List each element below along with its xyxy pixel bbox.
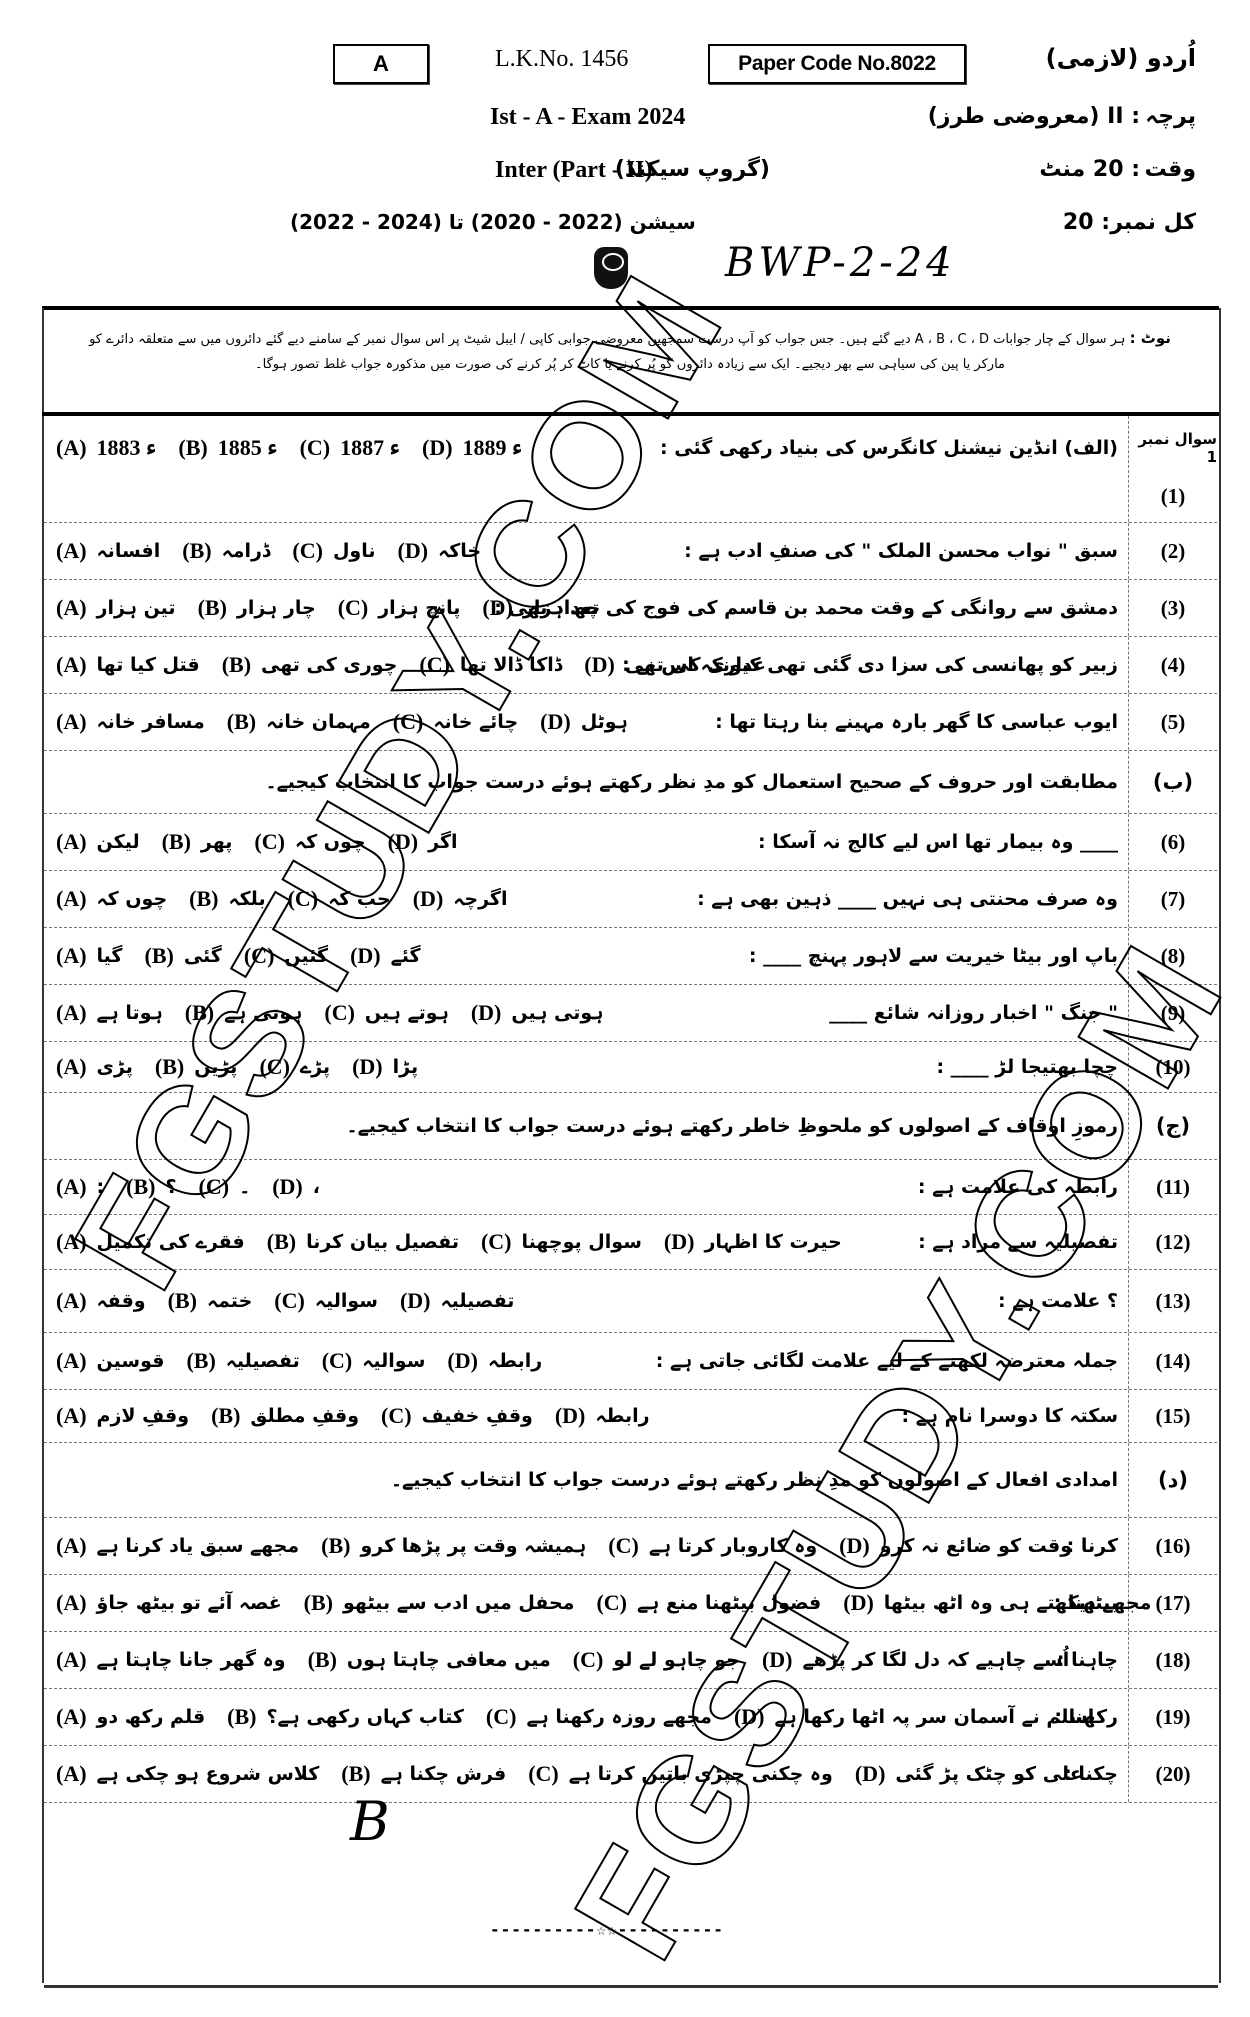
answer-option: وہ کاروبار کرتا ہے(C) <box>608 1533 817 1559</box>
time-label: وقت <box>1145 157 1196 182</box>
answer-options: اُسے چاہیے کہ دل لگا کر پڑھے(D)جو چاہو ل… <box>56 1647 1069 1673</box>
option-key: (C) <box>274 1288 305 1314</box>
option-key: (C) <box>596 1590 627 1616</box>
option-key: (D) <box>482 595 513 621</box>
question-number-text: (5) <box>1161 710 1186 735</box>
answer-option: پڑے(C) <box>259 1054 330 1080</box>
answer-option: تفصیلیہ(B) <box>186 1348 299 1374</box>
answer-option: چائے خانہ(C) <box>393 709 518 735</box>
option-key: (D) <box>398 538 429 564</box>
answer-options: اگرچہ(D)جب کہ(C)بلکہ(B)چوں کہ(A) <box>56 886 508 912</box>
question-row: (13)؟ علامت ہے :تفصیلیہ(D)سوالیہ(C)ختمہ(… <box>44 1270 1217 1333</box>
marks-value: : 20 <box>1063 210 1110 235</box>
answer-option: ڈاکا ڈالا تھا(C) <box>419 652 562 678</box>
option-text: رابطہ <box>488 1350 542 1372</box>
option-key: (A) <box>56 709 87 735</box>
option-text: بلکہ <box>229 888 266 910</box>
question-number: (12) <box>1128 1215 1217 1269</box>
answer-option: وقفہ(A) <box>56 1288 146 1314</box>
question-prompt: جملہ معترضہ لکھنے کے لیے علامت لگائی جات… <box>656 1350 1118 1372</box>
option-text: ڈاکا ڈالا تھا <box>460 654 562 676</box>
question-number-text: (2) <box>1161 539 1186 564</box>
option-text: محفل میں ادب سے بیٹھو <box>343 1592 574 1614</box>
answer-option: ڈرامہ(B) <box>182 538 270 564</box>
option-key: (A) <box>56 652 87 678</box>
option-text: وقت کو ضائع نہ کرو <box>880 1535 1072 1557</box>
option-key: (D) <box>843 1590 874 1616</box>
option-text: سوالیہ <box>315 1290 378 1312</box>
answer-option: پھر(B) <box>162 829 233 855</box>
answer-options: غداری کی تھی(D)ڈاکا ڈالا تھا(C)چوری کی ت… <box>56 652 766 678</box>
option-text: مجھے روزہ رکھنا ہے <box>526 1706 711 1728</box>
question-number: (20) <box>1128 1746 1217 1802</box>
answer-option: تین ہزار(A) <box>56 595 176 621</box>
answer-options: پڑا(D)پڑے(C)پڑیں(B)پڑی(A) <box>56 1054 418 1080</box>
option-text: ، <box>313 1176 320 1198</box>
option-text: 1885 ء <box>218 435 278 461</box>
answer-options: اسلم نے آسمان سر پہ اٹھا رکھا ہے(D)مجھے … <box>56 1704 1094 1730</box>
option-key: (C) <box>608 1533 639 1559</box>
option-key: (C) <box>322 1348 353 1374</box>
option-text: وہ چکنی چپڑی باتیں کرتا ہے <box>569 1763 833 1785</box>
option-key: (D) <box>540 709 571 735</box>
answer-option: گئے(D) <box>350 943 421 969</box>
question-number-text: (د) <box>1158 1468 1188 1492</box>
examiner-initial: B <box>350 1790 390 1853</box>
option-key: (B) <box>185 1000 214 1026</box>
option-key: (D) <box>272 1174 303 1200</box>
option-text: کلاس شروع ہو چکی ہے <box>97 1763 320 1785</box>
question-row: (10)چچا بھتیجا لڑ ____ :پڑا(D)پڑے(C)پڑیں… <box>44 1042 1217 1093</box>
option-text: ہمیشہ وقت پر پڑھا کرو <box>360 1535 586 1557</box>
note-line-2: مارکر یا پین کی سیاہی سے بھر دیجیے۔ ایک … <box>50 352 1210 377</box>
answer-option: پڑیں(B) <box>155 1054 238 1080</box>
question-row: (12)تفصیلیہ سے مراد ہے :حیرت کا اظہار(D)… <box>44 1215 1217 1270</box>
option-key: (D) <box>388 829 419 855</box>
answer-option: میں معافی چاہتا ہوں(B) <box>308 1647 551 1673</box>
answer-option: ہوتی ہیں(D) <box>471 1000 604 1026</box>
question-row: (5)ایوب عباسی کا گھر بارہ مہینے بنا رہتا… <box>44 694 1217 751</box>
option-text: وقفہ <box>97 1290 146 1312</box>
note-label: نوٹ : <box>1130 329 1171 347</box>
answer-option: اگرچہ(D) <box>413 886 508 912</box>
question-number-text: (11) <box>1156 1175 1190 1200</box>
option-key: (C) <box>528 1761 559 1787</box>
option-key: (B) <box>341 1761 370 1787</box>
answer-option: ہوٹل(D) <box>540 709 628 735</box>
option-text: حیرت کا اظہار <box>704 1231 841 1253</box>
option-text: سوالیہ <box>362 1350 425 1372</box>
question-prompt: " جنگ " اخبار روزانہ شائع ____ <box>829 1002 1118 1024</box>
answer-option: غداری کی تھی(D) <box>584 652 766 678</box>
question-number-text: (12) <box>1156 1230 1191 1255</box>
question-number: (10) <box>1128 1042 1217 1092</box>
option-text: غصہ آئے تو بیٹھ جاؤ <box>97 1592 282 1614</box>
option-key: (A) <box>56 1054 87 1080</box>
answer-option: مجھے سبق یاد کرنا ہے(A) <box>56 1533 299 1559</box>
option-text: وہ گھر جانا چاہتا ہے <box>97 1649 286 1671</box>
option-text: تفصیلیہ <box>441 1290 515 1312</box>
option-key: (B) <box>211 1403 240 1429</box>
option-text: اگرچہ <box>453 888 507 910</box>
paper-value: : II (معروضی طرز) <box>928 104 1140 129</box>
answer-options: اگر(D)چوں کہ(C)پھر(B)لیکن(A) <box>56 829 458 855</box>
option-text: اسلم نے آسمان سر پہ اٹھا رکھا ہے <box>775 1706 1095 1728</box>
answer-option: 1885 ء(B) <box>178 435 277 461</box>
answer-option: ہوتا ہے(A) <box>56 1000 163 1026</box>
option-key: (B) <box>222 652 251 678</box>
question-label: سوال نمبر 1 <box>1129 430 1217 466</box>
answer-option: اُسے چاہیے کہ دل لگا کر پڑھے(D) <box>762 1647 1069 1673</box>
option-text: چوں کہ <box>97 888 168 910</box>
option-text: چار ہزار <box>237 597 316 619</box>
question-number: (6) <box>1128 814 1217 870</box>
answer-options: ،(D)۔(C)؟(B):(A) <box>56 1174 320 1200</box>
answer-option: چھ ہزار(D) <box>482 595 600 621</box>
question-number-text: (ج) <box>1156 1114 1190 1138</box>
question-row: (17)بیٹھنا :مجھے دیکھتے ہی وہ اٹھ بیٹھا(… <box>44 1575 1217 1632</box>
option-text: فرش چکنا ہے <box>381 1763 507 1785</box>
option-text: غداری کی تھی <box>625 654 766 676</box>
answer-option: 1887 ء(C) <box>300 435 400 461</box>
section-instruction: امدادی افعال کے اصولوں کو مدِ نظر رکھتے … <box>244 1462 1118 1498</box>
answer-option: کتاب کہاں رکھی ہے؟(B) <box>227 1704 464 1730</box>
question-row: (15)سکتہ کا دوسرا نام ہے :رابطہ(D)وقفِ خ… <box>44 1390 1217 1443</box>
answer-options: وقت کو ضائع نہ کرو(D)وہ کاروبار کرتا ہے(… <box>56 1533 1072 1559</box>
option-key: (B) <box>304 1590 333 1616</box>
option-text: پھر <box>201 831 233 853</box>
question-prompt: (الف) انڈین نیشنل کانگرس کی بنیاد رکھی گ… <box>660 437 1118 459</box>
question-number-text: (10) <box>1156 1055 1191 1080</box>
question-number-text: (14) <box>1156 1349 1191 1374</box>
option-key: (C) <box>324 1000 355 1026</box>
answer-option: جو چاہو لے لو(C) <box>573 1647 740 1673</box>
option-text: ہوتا ہے <box>97 1002 163 1024</box>
answer-option: پانچ ہزار(C) <box>338 595 461 621</box>
option-text: قلم رکھ دو <box>97 1706 206 1728</box>
question-number-text: (1) <box>1161 484 1186 509</box>
question-number: (8) <box>1128 928 1217 984</box>
answer-option: ،(D) <box>272 1174 320 1200</box>
section-instruction: مطابقت اور حروف کے صحیح استعمال کو مدِ ن… <box>244 764 1118 800</box>
option-text: تفصیلیہ <box>226 1350 300 1372</box>
answer-option: ہمیشہ وقت پر پڑھا کرو(B) <box>321 1533 586 1559</box>
option-text: تین ہزار <box>97 597 176 619</box>
option-text: گیا <box>97 945 123 967</box>
option-key: (D) <box>447 1348 478 1374</box>
option-key: (B) <box>186 1348 215 1374</box>
option-key: (B) <box>182 538 211 564</box>
option-text: ہوتی ہے <box>224 1002 302 1024</box>
option-text: وقفِ مطلق <box>250 1405 359 1427</box>
answer-option: ہوتے ہیں(C) <box>324 1000 448 1026</box>
question-number: (16) <box>1128 1518 1217 1574</box>
question-row: (14)جملہ معترضہ لکھنے کے لیے علامت لگائی… <box>44 1333 1217 1390</box>
answer-option: پڑا(D) <box>352 1054 418 1080</box>
option-key: (C) <box>244 943 275 969</box>
answer-option: فقرے کی تکمیل(A) <box>56 1229 245 1255</box>
question-prompt: چچا بھتیجا لڑ ____ : <box>936 1056 1118 1078</box>
option-key: (D) <box>350 943 381 969</box>
answer-option: رابطہ(D) <box>447 1348 542 1374</box>
option-key: (B) <box>168 1288 197 1314</box>
option-key: (C) <box>419 652 450 678</box>
option-text: وقفِ لازم <box>97 1405 190 1427</box>
option-text: ہوتی ہیں <box>511 1002 603 1024</box>
question-number: (14) <box>1128 1333 1217 1389</box>
option-text: چائے خانہ <box>433 711 518 733</box>
question-row: (8)باپ اور بیٹا خیریت سے لاہور پہنچ ____… <box>44 928 1217 985</box>
answer-option: :(A) <box>56 1174 104 1200</box>
answer-option: غصہ آئے تو بیٹھ جاؤ(A) <box>56 1590 282 1616</box>
question-row: (2)سبق " نواب محسن الملک " کی صنفِ ادب ہ… <box>44 523 1217 580</box>
question-number: (2) <box>1128 523 1217 579</box>
question-number-text: (16) <box>1156 1534 1191 1559</box>
question-prompt: باپ اور بیٹا خیریت سے لاہور پہنچ ____ : <box>749 945 1118 967</box>
answer-option: چار ہزار(B) <box>198 595 316 621</box>
answer-option: فضول بیٹھنا منع ہے(C) <box>596 1590 821 1616</box>
option-text: قوسین <box>97 1350 165 1372</box>
section-heading-row: (ب)مطابقت اور حروف کے صحیح استعمال کو مد… <box>44 751 1217 814</box>
answer-option: تفصیل بیان کرنا(B) <box>267 1229 459 1255</box>
lk-number: L.K.No. 1456 <box>495 46 628 73</box>
question-row: سوال نمبر 1(1)(الف) انڈین نیشنل کانگرس ک… <box>44 416 1217 523</box>
answer-option: رابطہ(D) <box>555 1403 650 1429</box>
question-number: (5) <box>1128 694 1217 750</box>
question-prompt: وہ صرف محنتی ہی نہیں ____ ذہین بھی ہے : <box>697 888 1118 910</box>
answer-options: ہوٹل(D)چائے خانہ(C)مہمان خانہ(B)مسافر خا… <box>56 709 628 735</box>
answer-option: کلاس شروع ہو چکی ہے(A) <box>56 1761 319 1787</box>
option-text: ہوتے ہیں <box>365 1002 449 1024</box>
answer-option: ختمہ(B) <box>168 1288 253 1314</box>
section-heading-row: (د)امدادی افعال کے اصولوں کو مدِ نظر رکھ… <box>44 1443 1217 1518</box>
option-key: (A) <box>56 1348 87 1374</box>
answer-option: سوالیہ(C) <box>322 1348 426 1374</box>
question-number-text: (8) <box>1161 944 1186 969</box>
answer-option: علی کو چٹک پڑ گئی(D) <box>855 1761 1083 1787</box>
answer-option: خاکہ(D) <box>398 538 482 564</box>
option-text: فضول بیٹھنا منع ہے <box>637 1592 821 1614</box>
answer-option: افسانہ(A) <box>56 538 160 564</box>
option-text: لیکن <box>97 831 140 853</box>
option-key: (C) <box>393 709 424 735</box>
answer-option: وقفِ لازم(A) <box>56 1403 189 1429</box>
answer-option: پڑی(A) <box>56 1054 133 1080</box>
option-key: (C) <box>486 1704 517 1730</box>
option-key: (A) <box>56 1229 87 1255</box>
option-key: (D) <box>664 1229 695 1255</box>
option-key: (B) <box>162 829 191 855</box>
answer-option: فرش چکنا ہے(B) <box>341 1761 506 1787</box>
answer-option: حیرت کا اظہار(D) <box>664 1229 842 1255</box>
question-row: (16)کرنا :وقت کو ضائع نہ کرو(D)وہ کاروبا… <box>44 1518 1217 1575</box>
option-key: (C) <box>259 1054 290 1080</box>
option-key: (B) <box>321 1533 350 1559</box>
answer-options: ہوتی ہیں(D)ہوتے ہیں(C)ہوتی ہے(B)ہوتا ہے(… <box>56 1000 603 1026</box>
option-text: وہ کاروبار کرتا ہے <box>649 1535 817 1557</box>
option-key: (B) <box>189 886 218 912</box>
answer-option: اگر(D) <box>388 829 458 855</box>
question-prompt: تفصیلیہ سے مراد ہے : <box>918 1231 1118 1253</box>
option-key: (B) <box>227 1704 256 1730</box>
option-key: (D) <box>734 1704 765 1730</box>
time-value: : 20 منٹ <box>1039 157 1140 182</box>
answer-option: قتل کیا تھا(A) <box>56 652 200 678</box>
option-key: (C) <box>573 1647 604 1673</box>
answer-option: سوال پوچھنا(C) <box>481 1229 642 1255</box>
option-key: (D) <box>352 1054 383 1080</box>
answer-options: گئے(D)گئیں(C)گئی(B)گیا(A) <box>56 943 421 969</box>
option-text: چھ ہزار <box>523 597 600 619</box>
answer-option: مہمان خانہ(B) <box>227 709 371 735</box>
option-text: جو چاہو لے لو <box>613 1649 740 1671</box>
answer-option: وہ چکنی چپڑی باتیں کرتا ہے(C) <box>528 1761 833 1787</box>
option-text: مجھے دیکھتے ہی وہ اٹھ بیٹھا <box>884 1592 1152 1614</box>
question-prompt: ____ وہ بیمار تھا اس لیے کالج نہ آسکا : <box>758 831 1118 853</box>
answer-option: گئیں(C) <box>244 943 328 969</box>
answer-option: اسلم نے آسمان سر پہ اٹھا رکھا ہے(D) <box>734 1704 1094 1730</box>
option-key: (A) <box>56 829 87 855</box>
option-key: (A) <box>56 1000 87 1026</box>
section-instruction: رموزِ اوقاف کے اصولوں کو ملحوظِ خاطر رکھ… <box>244 1108 1118 1144</box>
option-key: (D) <box>400 1288 431 1314</box>
answer-option: مسافر خانہ(A) <box>56 709 205 735</box>
answer-option: ؟(B) <box>126 1174 176 1200</box>
question-number-text: (15) <box>1156 1404 1191 1429</box>
option-text: پانچ ہزار <box>378 597 460 619</box>
option-key: (B) <box>126 1174 155 1200</box>
subject-title: اُردو (لازمی) <box>1046 44 1196 72</box>
question-number-text: (3) <box>1161 596 1186 621</box>
option-text: اگر <box>428 831 457 853</box>
option-key: (B) <box>308 1647 337 1673</box>
option-text: اُسے چاہیے کہ دل لگا کر پڑھے <box>803 1649 1070 1671</box>
frame-bottom-rule <box>44 1985 1218 1988</box>
option-text: خاکہ <box>438 540 481 562</box>
section-heading-row: (ج)رموزِ اوقاف کے اصولوں کو ملحوظِ خاطر … <box>44 1093 1217 1160</box>
option-text: ختمہ <box>207 1290 252 1312</box>
answer-options: خاکہ(D)ناول(C)ڈرامہ(B)افسانہ(A) <box>56 538 481 564</box>
paper-label: پرچہ <box>1145 104 1196 129</box>
question-row: (11)رابطہ کی علامت ہے :،(D)۔(C)؟(B):(A) <box>44 1160 1217 1215</box>
option-key: (B) <box>198 595 227 621</box>
option-key: (B) <box>155 1054 184 1080</box>
option-text: ڈرامہ <box>222 540 271 562</box>
note-line-1: ہر سوال کے چار جوابات A ، B ، C ، D دیے … <box>89 332 1125 347</box>
answer-option: سوالیہ(C) <box>274 1288 378 1314</box>
option-text: مہمان خانہ <box>266 711 371 733</box>
answer-options: رابطہ(D)وقفِ خفیف(C)وقفِ مطلق(B)وقفِ لاز… <box>56 1403 650 1429</box>
option-key: (A) <box>56 1590 87 1616</box>
option-key: (A) <box>56 1174 87 1200</box>
option-text: میں معافی چاہتا ہوں <box>347 1649 551 1671</box>
option-text: علی کو چٹک پڑ گئی <box>895 1763 1082 1785</box>
option-text: تفصیل بیان کرنا <box>306 1231 459 1253</box>
option-text: گئے <box>391 945 421 967</box>
option-key: (D) <box>855 1761 886 1787</box>
question-prompt: سبق " نواب محسن الملک " کی صنفِ ادب ہے : <box>684 540 1118 562</box>
option-text: چوری کی تھی <box>261 654 397 676</box>
answer-option: ہوتی ہے(B) <box>185 1000 303 1026</box>
option-key: (C) <box>300 435 331 461</box>
option-key: (D) <box>471 1000 502 1026</box>
option-text: قتل کیا تھا <box>97 654 200 676</box>
question-row: (6)____ وہ بیمار تھا اس لیے کالج نہ آسکا… <box>44 814 1217 871</box>
option-text: فقرے کی تکمیل <box>97 1231 245 1253</box>
option-key: (C) <box>254 829 285 855</box>
question-number: (18) <box>1128 1632 1217 1688</box>
option-text: پڑیں <box>194 1056 237 1078</box>
answer-option: 1889 ء(D) <box>422 435 522 461</box>
option-key: (A) <box>56 1533 87 1559</box>
option-key: (A) <box>56 1704 87 1730</box>
group-label: (گروپ سیکنڈ) <box>615 157 770 182</box>
answer-option: وہ گھر جانا چاہتا ہے(A) <box>56 1647 286 1673</box>
option-text: کتاب کہاں رکھی ہے؟ <box>266 1706 463 1728</box>
answer-option: 1883 ء(A) <box>56 435 156 461</box>
option-key: (C) <box>199 1174 230 1200</box>
exam-title: Ist - A - Exam 2024 <box>490 104 685 131</box>
question-number-text: (19) <box>1156 1705 1191 1730</box>
answer-option: قلم رکھ دو(A) <box>56 1704 205 1730</box>
option-key: (C) <box>288 886 319 912</box>
question-prompt: ؟ علامت ہے : <box>998 1290 1118 1312</box>
question-number: سوال نمبر 1(1) <box>1128 416 1217 522</box>
option-key: (B) <box>227 709 256 735</box>
question-row: (20)چکنا :علی کو چٹک پڑ گئی(D)وہ چکنی چپ… <box>44 1746 1217 1803</box>
answer-option: لیکن(A) <box>56 829 140 855</box>
question-number: (ج) <box>1128 1093 1217 1159</box>
option-key: (B) <box>145 943 174 969</box>
handwritten-code: BWP-2-24 <box>725 240 956 286</box>
question-number-text: (6) <box>1161 830 1186 855</box>
option-text: گئیں <box>284 945 328 967</box>
option-text: افسانہ <box>97 540 161 562</box>
answer-options: حیرت کا اظہار(D)سوال پوچھنا(C)تفصیل بیان… <box>56 1229 842 1255</box>
option-key: (A) <box>56 886 87 912</box>
option-key: (C) <box>292 538 323 564</box>
paper-variant-box: A <box>333 44 429 84</box>
option-key: (C) <box>338 595 369 621</box>
answer-option: چوری کی تھی(B) <box>222 652 398 678</box>
question-number-text: (13) <box>1156 1289 1191 1314</box>
question-number-text: (ب) <box>1153 770 1193 794</box>
question-row: (19)رکھنا :اسلم نے آسمان سر پہ اٹھا رکھا… <box>44 1689 1217 1746</box>
question-number: (4) <box>1128 637 1217 693</box>
option-key: (C) <box>481 1229 512 1255</box>
option-text: چوں کہ <box>295 831 366 853</box>
option-text: مجھے سبق یاد کرنا ہے <box>97 1535 300 1557</box>
question-number: (11) <box>1128 1160 1217 1214</box>
question-row: (3)دمشق سے روانگی کے وقت محمد بن قاسم کی… <box>44 580 1217 637</box>
answer-option: گئی(B) <box>145 943 222 969</box>
marks-label: کل نمبر <box>1110 210 1196 235</box>
instruction-note: نوٹ : ہر سوال کے چار جوابات A ، B ، C ، … <box>50 326 1210 377</box>
answer-option: مجھے روزہ رکھنا ہے(C) <box>486 1704 712 1730</box>
question-number: (3) <box>1128 580 1217 636</box>
option-text: 1889 ء <box>463 435 523 461</box>
option-text: ۔ <box>239 1176 250 1198</box>
answer-option: ناول(C) <box>292 538 375 564</box>
option-key: (B) <box>267 1229 296 1255</box>
option-key: (D) <box>555 1403 586 1429</box>
option-text: ہوٹل <box>581 711 628 733</box>
option-key: (A) <box>56 943 87 969</box>
answer-options: چھ ہزار(D)پانچ ہزار(C)چار ہزار(B)تین ہزا… <box>56 595 600 621</box>
question-number: (15) <box>1128 1390 1217 1442</box>
option-key: (C) <box>381 1403 412 1429</box>
answer-option: چوں کہ(C) <box>254 829 365 855</box>
